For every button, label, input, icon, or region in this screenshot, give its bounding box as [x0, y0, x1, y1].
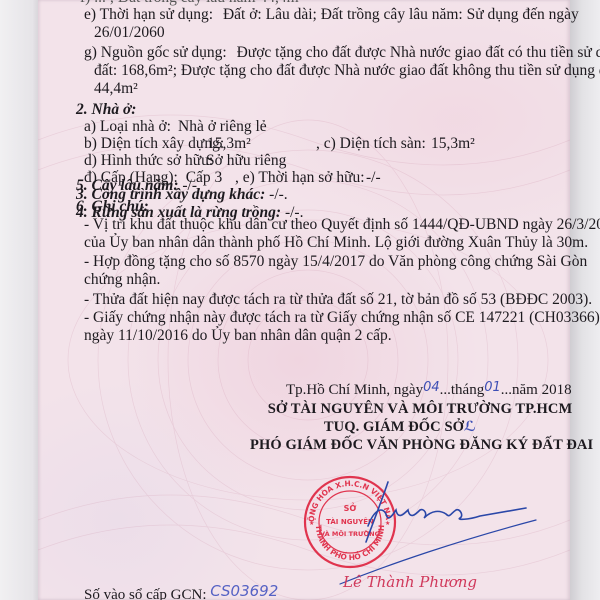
date-place: Tp.Hồ Chí Minh, ngày	[286, 382, 423, 398]
org-name: SỞ TÀI NGUYÊN VÀ MÔI TRƯỜNG TP.HCM	[260, 400, 580, 418]
house-area-row: b) Diện tích xây dựng: 15,3m² , c) Diện …	[84, 135, 544, 153]
note-line: của Ủy ban nhân dân thành phố Hồ Chí Min…	[84, 234, 588, 252]
register-handwritten-number: CS03692	[210, 582, 278, 600]
perennial-heading: 5. Cây lâu năm:	[76, 177, 178, 194]
note-line: - Hợp đồng tặng cho số 8570 ngày 15/4/20…	[84, 253, 587, 271]
land-origin-row: g) Nguồn gốc sử dụng: Được tặng cho đất …	[84, 44, 600, 62]
background-left	[0, 0, 38, 600]
land-term-row: e) Thời hạn sử dụng: Đất ở: Lâu dài; Đất…	[84, 6, 579, 24]
land-origin-value: Được tặng cho đất được Nhà nước giao đất…	[237, 44, 600, 61]
floor-area-value: 15,3m²	[431, 135, 475, 153]
build-area-label: b) Diện tích xây dựng:	[84, 135, 224, 152]
tuq-text: TUQ. GIÁM ĐỐC SỞ	[324, 419, 464, 435]
date-line: Tp.Hồ Chí Minh, ngày04...tháng01...năm 2…	[286, 381, 572, 400]
other-works-value: -/-.	[269, 186, 288, 203]
register-label: Số vào sổ cấp GCN:	[84, 587, 207, 600]
land-term-value: Đất ở: Lâu dài; Đất trồng cây lâu năm: S…	[223, 6, 579, 23]
own-term-label: , e) Thời hạn sở hữu:	[235, 169, 365, 187]
note-line: - Giấy chứng nhận này được tách ra từ Gi…	[84, 309, 600, 327]
own-term-value: -/-	[366, 169, 381, 187]
signer-name: Lê Thành Phương	[343, 573, 477, 591]
note-line: - Thửa đất hiện nay được tách ra từ thửa…	[84, 291, 592, 309]
signer-position: PHÓ GIÁM ĐỐC VĂN PHÒNG ĐĂNG KÝ ĐẤT ĐAI	[250, 436, 580, 454]
house-type-label: a) Loại nhà ở:	[84, 118, 171, 135]
land-origin-cont1: đất: 168,6m²; Được tặng cho đất được Nhà…	[94, 62, 600, 80]
tuq-handwritten-mark: ℒ	[464, 419, 476, 435]
note-line: chứng nhận.	[84, 271, 160, 289]
notes-heading: 6. Ghi chú:	[76, 198, 149, 216]
land-term-value-cont: 26/01/2060	[94, 24, 165, 42]
note-line: ngày 11/10/2016 do Ủy ban nhân dân quận …	[84, 327, 392, 345]
tuq-line: TUQ. GIÁM ĐỐC SỞℒ	[240, 418, 560, 436]
ownership-row: d) Hình thức sở hữu: Sở hữu riêng	[84, 152, 213, 170]
perennial-value: -/-.	[182, 177, 201, 194]
note-line: - Vị trí khu đất thuộc khu dân cư theo Q…	[84, 216, 600, 234]
date-month-handwritten: 01	[484, 380, 501, 395]
perennial-row: 5. Cây lâu năm: -/-.	[76, 177, 201, 195]
date-day-handwritten: 04	[423, 380, 440, 395]
land-origin-cont2: 44,4m²	[94, 80, 138, 98]
ownership-value: Sở hữu riêng	[206, 152, 286, 170]
ownership-label: d) Hình thức sở hữu:	[84, 152, 213, 169]
date-month-prefix: ...tháng	[440, 382, 485, 398]
date-year: ...năm 2018	[501, 382, 572, 398]
floor-area-label: , c) Diện tích sàn:	[316, 135, 426, 153]
build-area-value: 15,3m²	[207, 135, 251, 153]
register-row: Số vào sổ cấp GCN: CS03692	[84, 585, 278, 600]
land-origin-label: g) Nguồn gốc sử dụng:	[84, 44, 227, 61]
house-type-value: Nhà ở riêng lẻ	[178, 118, 267, 136]
house-type-row: a) Loại nhà ở: Nhà ở riêng lẻ	[84, 118, 171, 136]
house-heading: 2. Nhà ở:	[76, 101, 136, 119]
land-term-label: e) Thời hạn sử dụng:	[84, 6, 213, 23]
